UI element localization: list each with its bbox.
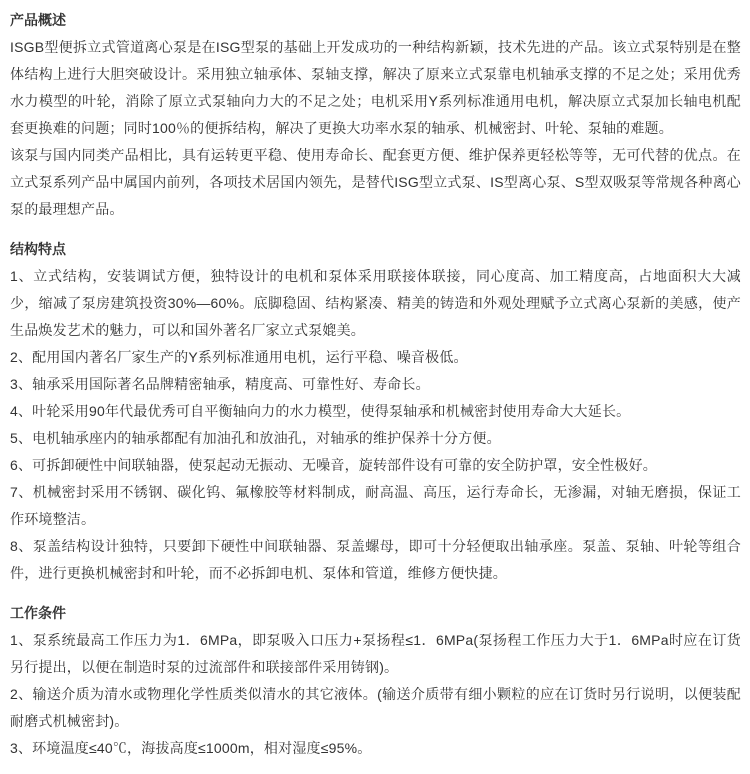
condition-item-3: 3、环境温度≤40℃，海拔高度≤1000m，相对湿度≤95%。 <box>10 735 741 762</box>
feature-item-8: 8、泵盖结构设计独特，只要卸下硬性中间联轴器、泵盖螺母，即可十分轻便取出轴承座。… <box>10 533 741 587</box>
feature-item-6: 6、可拆卸硬性中间联轴器，使泵起动无振动、无噪音，旋转部件设有可靠的安全防护罩，… <box>10 452 741 479</box>
section-structural-features: 结构特点 1、立式结构，安装调试方便，独特设计的电机和泵体采用联接体联接，同心度… <box>10 236 741 587</box>
section-product-overview: 产品概述 ISGB型便拆立式管道离心泵是在ISG型泵的基础上开发成功的一种结构新… <box>10 7 741 223</box>
condition-item-1: 1、泵系统最高工作压力为1．6MPa，即泵吸入口压力+泵扬程≤1．6MPa(泵扬… <box>10 627 741 681</box>
product-document: 产品概述 ISGB型便拆立式管道离心泵是在ISG型泵的基础上开发成功的一种结构新… <box>0 0 750 774</box>
overview-paragraph-2: 该泵与国内同类产品相比，具有运转更平稳、使用寿命长、配套更方便、维护保养更轻松等… <box>10 142 741 223</box>
section-heading-structural-features: 结构特点 <box>10 236 741 263</box>
feature-item-4: 4、叶轮采用90年代最优秀可自平衡轴向力的水力模型，使得泵轴承和机械密封使用寿命… <box>10 398 741 425</box>
feature-item-3: 3、轴承采用国际著名品牌精密轴承，精度高、可靠性好、寿命长。 <box>10 371 741 398</box>
section-heading-product-overview: 产品概述 <box>10 7 741 34</box>
feature-item-1: 1、立式结构，安装调试方便，独特设计的电机和泵体采用联接体联接，同心度高、加工精… <box>10 263 741 344</box>
feature-item-2: 2、配用国内著名厂家生产的Y系列标准通用电机，运行平稳、噪音极低。 <box>10 344 741 371</box>
feature-item-7: 7、机械密封采用不锈钢、碳化钨、氟橡胶等材料制成，耐高温、高压，运行寿命长，无渗… <box>10 479 741 533</box>
condition-item-2: 2、输送介质为清水或物理化学性质类似清水的其它液体。(输送介质带有细小颗粒的应在… <box>10 681 741 735</box>
section-working-conditions: 工作条件 1、泵系统最高工作压力为1．6MPa，即泵吸入口压力+泵扬程≤1．6M… <box>10 600 741 762</box>
feature-item-5: 5、电机轴承座内的轴承都配有加油孔和放油孔，对轴承的维护保养十分方便。 <box>10 425 741 452</box>
section-heading-working-conditions: 工作条件 <box>10 600 741 627</box>
overview-paragraph-1: ISGB型便拆立式管道离心泵是在ISG型泵的基础上开发成功的一种结构新颖，技术先… <box>10 34 741 142</box>
